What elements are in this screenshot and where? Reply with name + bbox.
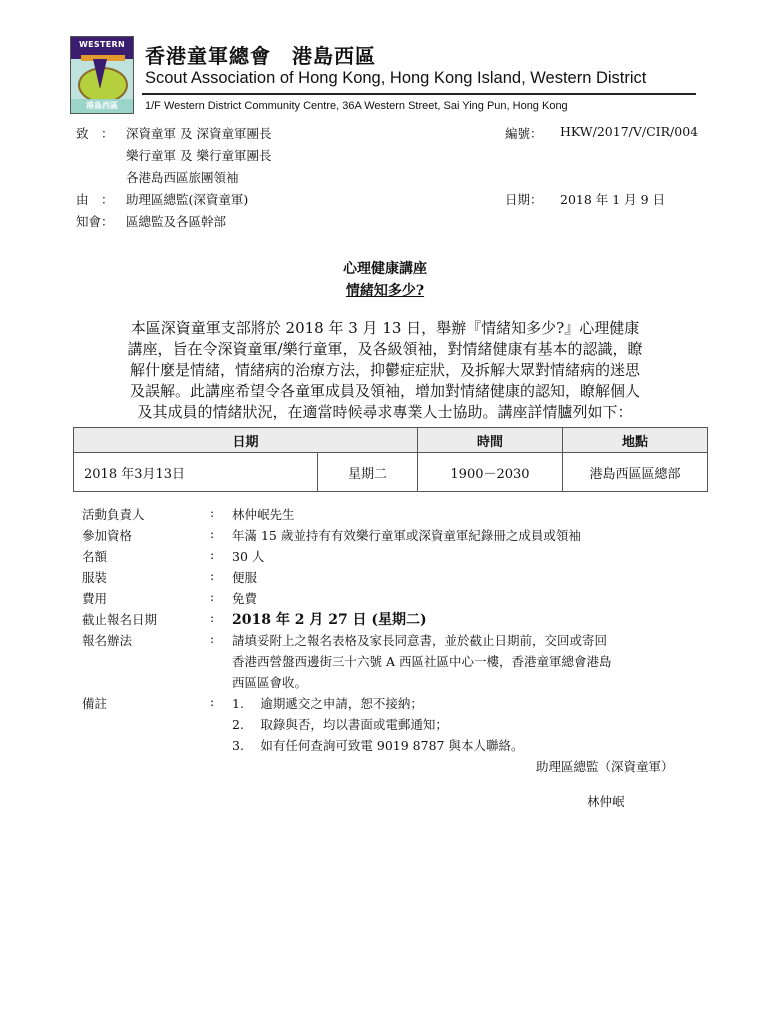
remark-item: 1. 逾期遞交之申請，恕不接納；	[232, 694, 423, 712]
body-line: 講座，旨在令深資童軍/樂行童軍，及各級領袖，對情緒健康有基本的認識，瞭	[76, 339, 694, 360]
cc-label: 知會：	[76, 212, 114, 230]
detail-label: 費用	[82, 589, 202, 607]
letterhead-divider	[142, 93, 696, 95]
to-line-2: 樂行童軍 及 樂行童軍團長	[126, 146, 271, 164]
detail-label: 名額	[82, 547, 202, 565]
body-line: 解什麼是情緒，情緒病的治療方法，抑鬱症症狀，及拆解大眾對情緒病的迷思	[76, 360, 694, 381]
org-name-zh: 香港童軍總會 港島西區	[145, 40, 376, 69]
body-line: 本區深資童軍支部將於 2018 年 3 月 13 日，舉辦『情緒知多少?』心理健…	[76, 318, 694, 339]
header-venue: 地點	[563, 428, 708, 453]
org-address: 1/F Western District Community Centre, 3…	[145, 100, 568, 112]
detail-label: 備註	[82, 694, 202, 712]
detail-value-line: 香港西營盤西邊街三十六號 A 西區社區中心一樓，香港童軍總會港島	[232, 652, 611, 670]
logo-arrow	[93, 59, 107, 89]
scout-logo: WESTERN 港島西區	[70, 36, 134, 114]
cell-time: 1900－2030	[418, 453, 563, 492]
detail-value: 免費	[232, 589, 257, 607]
date-value: 2018 年 1 月 9 日	[560, 190, 665, 208]
cell-venue: 港島西區區總部	[563, 453, 708, 492]
detail-value: 林仲岷先生	[232, 505, 295, 523]
detail-colon: :	[210, 505, 214, 520]
ref-value: HKW/2017/V/CIR/004	[560, 124, 698, 139]
header-date: 日期	[74, 428, 418, 453]
from-label: 由 ：	[76, 190, 114, 208]
detail-colon: :	[210, 631, 214, 646]
detail-label: 截止報名日期	[82, 610, 202, 628]
date-label: 日期：	[505, 190, 543, 208]
detail-value-line: 請填妥附上之報名表格及家長同意書，並於截止日期前，交回或寄回	[232, 631, 607, 649]
logo-top-text: WESTERN	[71, 37, 133, 49]
detail-label: 報名辦法	[82, 631, 202, 649]
to-line-3: 各港島西區旅團領袖	[126, 168, 239, 186]
signature-title: 助理區總監（深資童軍）	[536, 757, 674, 775]
remark-item: 2. 取錄與否，均以書面或電郵通知；	[232, 715, 448, 733]
remark-item: 3. 如有任何查詢可致電 9019 8787 與本人聯絡。	[232, 736, 523, 754]
table-row: 2018 年3月13日 星期二 1900－2030 港島西區區總部	[74, 453, 708, 492]
circular-subtitle: 情緒知多少?	[0, 280, 770, 300]
detail-label: 活動負責人	[82, 505, 202, 523]
detail-value: 便服	[232, 568, 257, 586]
signature-name: 林仲岷	[587, 792, 625, 810]
org-name-en: Scout Association of Hong Kong, Hong Kon…	[145, 69, 646, 88]
detail-value: 2018 年 2 月 27 日 (星期二)	[232, 609, 427, 629]
detail-colon: :	[210, 694, 214, 709]
from-value: 助理區總監(深資童軍)	[126, 190, 248, 208]
to-line-1: 深資童軍 及 深資童軍團長	[126, 124, 271, 142]
body-line: 及其成員的情緒狀況，在適當時候尋求專業人士協助。講座詳情臚列如下：	[76, 402, 694, 423]
cell-weekday: 星期二	[318, 453, 418, 492]
detail-colon: :	[210, 526, 214, 541]
schedule-table: 日期 時間 地點 2018 年3月13日 星期二 1900－2030 港島西區區…	[73, 427, 708, 492]
detail-colon: :	[210, 589, 214, 604]
detail-colon: :	[210, 568, 214, 583]
detail-value-line: 西區區會收。	[232, 673, 307, 691]
body-line: 及誤解。此講座希望令各童軍成員及領袖，增加對情緒健康的認知，瞭解個人	[76, 381, 694, 402]
detail-colon: :	[210, 547, 214, 562]
detail-colon: :	[210, 610, 214, 625]
cc-value: 區總監及各區幹部	[126, 212, 226, 230]
detail-value: 年滿 15 歲並持有有效樂行童軍或深資童軍紀錄冊之成員或領袖	[232, 526, 581, 544]
to-label: 致 ：	[76, 124, 114, 142]
detail-value: 30 人	[232, 547, 264, 565]
circular-title: 心理健康講座	[0, 258, 770, 278]
cell-date: 2018 年3月13日	[74, 453, 318, 492]
table-header-row: 日期 時間 地點	[74, 428, 708, 453]
body-paragraph: 本區深資童軍支部將於 2018 年 3 月 13 日，舉辦『情緒知多少?』心理健…	[76, 318, 694, 423]
ref-label: 編號：	[505, 124, 543, 142]
detail-label: 服裝	[82, 568, 202, 586]
detail-label: 參加資格	[82, 526, 202, 544]
header-time: 時間	[418, 428, 563, 453]
logo-bottom-text: 港島西區	[71, 99, 133, 113]
